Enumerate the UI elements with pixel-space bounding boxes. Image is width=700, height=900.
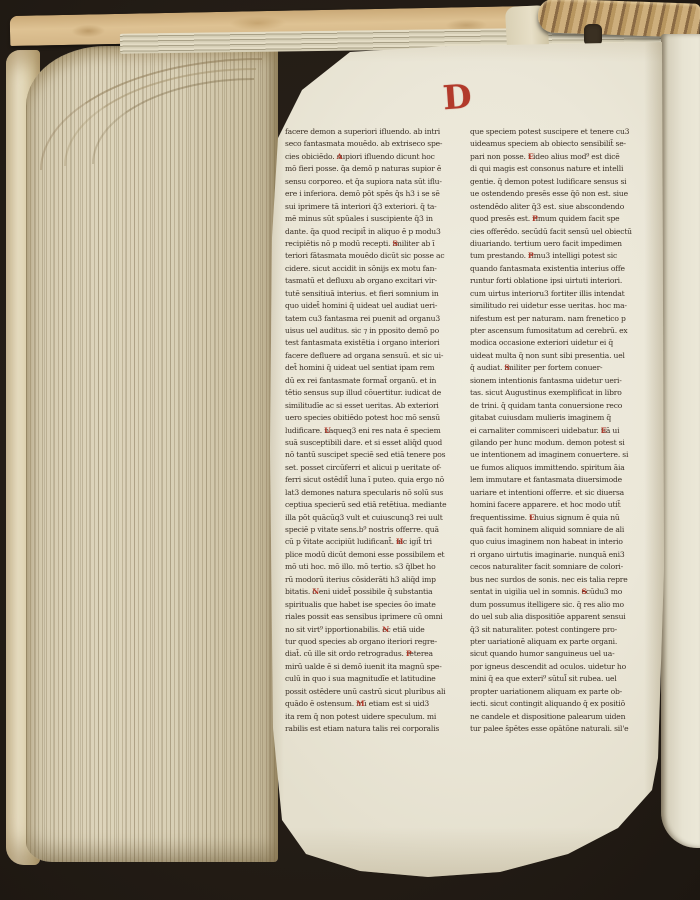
text-line: sicut quando humor sanguineus uel ua-	[470, 648, 660, 660]
text-line: pter uariationē aliquam ex parte organi.	[470, 636, 660, 648]
text-line: speciē p vitate sens.b⁹ nostris offerre.…	[285, 524, 465, 536]
text-line: tum prestando. Primu3 intelligi potest s…	[470, 250, 660, 262]
text-line: diuariando. tertium uero facit impedimen	[470, 238, 660, 250]
text-line: cies obiciēdo. A supiori ifluendo dicunt…	[285, 151, 465, 163]
text-line: test fantasmata existētia i organo inter…	[285, 337, 465, 349]
text-line: modica occasione exteriori uidetur ei q̄	[470, 337, 660, 349]
text-line: nō tantū suscipet speciē sed etiā tenere…	[285, 449, 465, 461]
headband	[537, 0, 700, 38]
text-line: homini facere apparere. et hoc modo utit…	[470, 499, 660, 511]
text-column-right: que speciem potest suscipere et tenere c…	[470, 126, 660, 746]
text-line: de trini. q̄ quidam tanta conuersione re…	[470, 400, 660, 412]
text-line: ue intentionem ad imaginem conuertere. s…	[470, 449, 660, 461]
photo-background: D facere demon a superiori ifluendo. ab …	[0, 0, 700, 900]
spine-notch	[584, 24, 602, 46]
text-line: seco fantasmata mouēdo. ab extriseco spe…	[285, 138, 465, 150]
text-line: ri organo uirtutis imaginarie. nunquā en…	[470, 549, 660, 561]
text-line: riales possit eas sensibus iprimere cū o…	[285, 611, 465, 623]
text-line: ne candele et dispositione palearum uide…	[470, 711, 660, 723]
text-line: no sit virt⁹ ipportionabilis. Nec etiā u…	[285, 624, 465, 636]
text-line: ostendēdo aliter q̄3 est. siue absconden…	[470, 201, 660, 213]
text-line: sentat in uigilia uel in somnis. Secūdu3…	[470, 586, 660, 598]
text-line: ceptiua specierū sed etiā retētiua. medi…	[285, 499, 465, 511]
text-line: uisus uel auditus. sic ⁊ in pposito demō…	[285, 325, 465, 337]
text-line: teriori fātasmata mouēdo dicūt sic posse…	[285, 250, 465, 262]
text-line: spiritualis que habet ise species ōo ima…	[285, 599, 465, 611]
text-line: gentie. q̄ demon potest ludificare sensu…	[470, 176, 660, 188]
text-line: similitudo rei uidetur esse ueritas. hoc…	[470, 300, 660, 312]
text-line: gitabat cuiusdam mulieris imaginem q̄	[470, 412, 660, 424]
text-line: uariare et intentioni offerre. et sic di…	[470, 487, 660, 499]
text-line: possit ostēdere unū castrū sicut pluribu…	[285, 686, 465, 698]
text-line: cies offerēdo. secūdū facit sensū uel ob…	[470, 226, 660, 238]
text-line: tutē sensitiuā interius. et fieri somniu…	[285, 288, 465, 300]
text-line: ei carnaliter commisceri uidebatur. Etiā…	[470, 425, 660, 437]
text-line: q̄3 sit naturaliter. potest contingere p…	[470, 624, 660, 636]
text-line: dum possumus itelligere sic. q̄ res alio…	[470, 599, 660, 611]
text-line: runtur forti oblatione ipsi uirtuti inte…	[470, 275, 660, 287]
text-line: mō uti hoc. mō illo. mō tertio. s3 q̄lbe…	[285, 561, 465, 573]
text-line: que speciem potest suscipere et tenere c…	[470, 126, 660, 138]
text-line: illa pōt quācūq3 vult et cuiuscunq3 rei …	[285, 512, 465, 524]
text-line: bus nec surdos de sonis. nec eis talia r…	[470, 574, 660, 586]
text-line: uideamus speciem ab obiecto sensibilit̄ …	[470, 138, 660, 150]
text-line: tasmatū et defluxu ab organo excitari vi…	[285, 275, 465, 287]
text-line: tur palee s̄pētes esse opātōne naturali.…	[470, 723, 660, 735]
text-line: ferri sicut ostēdit̄ luna ī puteo. quia …	[285, 474, 465, 486]
text-line: ludificare. Unaqueq3 eni res nata ē spec…	[285, 425, 465, 437]
text-line: pari non posse. Et ideo alius mod⁹ est d…	[470, 151, 660, 163]
text-line: quā facit hominem aliquid somniare de al…	[470, 524, 660, 536]
text-line: recipiētis nō p modū recepti. Similiter …	[285, 238, 465, 250]
text-line: tatem cu3 fantasma rei puenit ad organu3	[285, 313, 465, 325]
text-line: mē minus sūt spūales i suscipiente q̄3 i…	[285, 213, 465, 225]
rubricated-initial: D	[442, 77, 485, 120]
text-line: nifestum est per naturam. nam frenetico …	[470, 313, 660, 325]
text-line: propter uariationem aliquam ex parte ob-	[470, 686, 660, 698]
text-line: similitudīe ac si esset ueritas. Ab exte…	[285, 400, 465, 412]
text-line: cidere. sicut accidit in sōnijs ex motu …	[285, 263, 465, 275]
text-line: uideat multa q̄ non sunt sibi presentia.…	[470, 350, 660, 362]
text-line: do uel sub alia dispositiōe apparent sen…	[470, 611, 660, 623]
text-line: mini q̄ ea que exteri⁹ sūtul̄ sit rubea.…	[470, 673, 660, 685]
text-line: sensu corporeo. et q̄a supiora nata sūt …	[285, 176, 465, 188]
text-line: plice modū dicūt demoni esse possibilem …	[285, 549, 465, 561]
text-line: quo cuius imaginem non habeat in interio	[470, 536, 660, 548]
text-line: di qui magis est consonus nature et inte…	[470, 163, 660, 175]
text-line: iecti. sicut contingit aliquando q̄ ex p…	[470, 698, 660, 710]
text-line: quod presēs est. Primum quidem facit spe	[470, 213, 660, 225]
text-line: facere defluere ad organa sensuū. et sic…	[285, 350, 465, 362]
text-line: mirū ualde ē si demō iuenit ita magnū sp…	[285, 661, 465, 673]
text-line: dante. q̄a quod recipit̄ in aliquo ē p m…	[285, 226, 465, 238]
text-line: lat3 demones natura specularis nō solū s…	[285, 487, 465, 499]
text-line: ue fumos aliquos immittendo. spiritum āi…	[470, 462, 660, 474]
text-line: pter ascensum fumositatum ad cerebrū. ex	[470, 325, 660, 337]
text-line: cū p v̄itate accipiūt ludificant̄. Huic …	[285, 536, 465, 548]
text-line: tētio sensus sup illud cōuertitur. iudic…	[285, 387, 465, 399]
text-line: ue ostendendo presēs esse q̄ō non est. s…	[470, 188, 660, 200]
text-line: set. posset circūferri et alicui p uerit…	[285, 462, 465, 474]
text-line: ita rem q̄ non potest uidere speculum. m…	[285, 711, 465, 723]
text-line: sionem intentionis fantasma uidetur ueri…	[470, 375, 660, 387]
text-line: tas. sicut Augustinus exemplificat in li…	[470, 387, 660, 399]
text-line: rabilis est etiam natura talis rei corpo…	[285, 723, 465, 735]
text-line: dū ex rei fantasmate format̄ organū. et …	[285, 375, 465, 387]
text-line: quo uidet̄ homini q̄ uideat uel audiat u…	[285, 300, 465, 312]
text-line: frequentissime. Et huius signum ē quia n…	[470, 512, 660, 524]
text-line: facere demon a superiori ifluendo. ab in…	[285, 126, 465, 138]
text-line: cecos naturaliter facit somniare de colo…	[470, 561, 660, 573]
text-line: uero species obitiēdo potest hoc mō sens…	[285, 412, 465, 424]
text-line: cum uirtus interioru3 fortiter illis int…	[470, 288, 660, 300]
text-line: rū modorū iterius cōsiderāti h3 aliq̄d i…	[285, 574, 465, 586]
text-line: culū in quo i sua magnitudīe et latitudi…	[285, 673, 465, 685]
text-line: tur quod species ab organo iteriori regr…	[285, 636, 465, 648]
text-line: diat̄. cū ille sit ordo retrogradus. Pre…	[285, 648, 465, 660]
text-line: suā susceptibili dare. et si esset aliq̄…	[285, 437, 465, 449]
text-line: mō fieri posse. q̄a demō p naturas supio…	[285, 163, 465, 175]
text-line: gilando per hunc modum. demon potest si	[470, 437, 660, 449]
text-line: por igneus descendit ad oculos. uidetur …	[470, 661, 660, 673]
text-line: sui iprimere tā interiori q̄3 exteriori.…	[285, 201, 465, 213]
facing-page-edge	[661, 34, 700, 848]
text-line: q̄ audiat. Similiter per fortem conuer-	[470, 362, 660, 374]
text-line: lem immutare et fantasmata diuersimode	[470, 474, 660, 486]
text-line: det̄ homini q̄ uideat uel sentiat ipam r…	[285, 362, 465, 374]
text-line: ere i inferiora. demō pōt spēs q̄s h3 i …	[285, 188, 465, 200]
text-line: bitatis. Nō eni uidet̄ possibile q̄ subs…	[285, 586, 465, 598]
text-column-left: facere demon a superiori ifluendo. ab in…	[285, 126, 465, 746]
text-line: quādo ē ostensum. Mirū etiam est si uid3	[285, 698, 465, 710]
text-line: quando fantasmata existentia interius of…	[470, 263, 660, 275]
